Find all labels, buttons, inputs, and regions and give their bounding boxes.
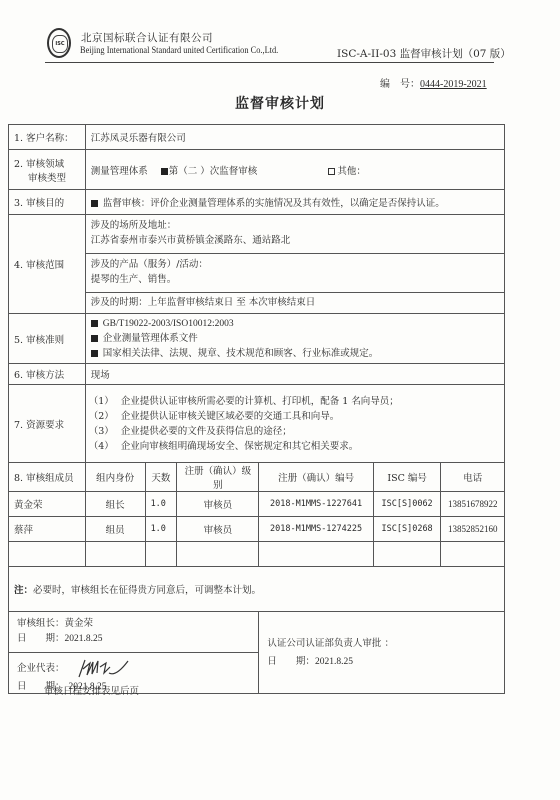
page-title: 监督审核计划 xyxy=(0,93,560,113)
document-code: ISC-A-II-03 监督审核计划（07 版） xyxy=(337,46,511,61)
member-level: 审核员 xyxy=(177,517,259,542)
company-logo: ISC xyxy=(47,28,71,58)
member-role: 组员 xyxy=(85,517,145,542)
company-name-cn: 北京国标联合认证有限公司 xyxy=(81,30,213,45)
client-value: 江苏凤灵乐器有限公司 xyxy=(85,125,504,150)
handwritten-signature-icon xyxy=(76,657,131,679)
criteria-item: 企业测量管理体系文件 xyxy=(91,331,499,346)
member-phone: 13852852160 xyxy=(441,517,505,542)
serial-label: 编 号： xyxy=(380,79,420,90)
resource-item: （3）企业提供必要的文件及获得信息的途径； xyxy=(89,424,499,439)
row-signoff: 审核组长：黄金荣 日 期：2021.8.25 企业代表： 日 期：2021.8.… xyxy=(9,612,505,694)
audit-type-checked: 第（二 ）次监督审核 xyxy=(161,166,258,177)
team-header: 组内身份 xyxy=(85,463,145,492)
team-row: 蔡萍 组员 1.0 审核员 2018-M1MMS-1274225 ISC[S]0… xyxy=(9,517,505,542)
purpose-value: 监督审核：评价企业测量管理体系的实施情况及其有效性，以确定是否保持认证。 xyxy=(85,190,504,215)
approval-date: 2021.8.25 xyxy=(315,657,353,667)
checked-box-icon xyxy=(161,168,168,175)
header-divider xyxy=(45,62,494,63)
member-name: 蔡萍 xyxy=(9,517,86,542)
resource-item: （2）企业提供认证审核关键区域必要的交通工具和向导。 xyxy=(89,409,499,424)
checked-box-icon xyxy=(91,350,98,357)
row-domain: 2. 审核领域 审核类型 测量管理体系 第（二 ）次监督审核 其他： xyxy=(9,150,505,190)
team-header: 注册（确认）级别 xyxy=(177,463,259,492)
team-row: 黄金荣 组长 1.0 审核员 2018-M1MMS-1227641 ISC[S]… xyxy=(9,492,505,517)
team-row-empty xyxy=(9,542,505,567)
method-value: 现场 xyxy=(85,364,504,385)
team-header-row: 8. 审核组成员 组内身份 天数 注册（确认）级别 注册（确认）编号 ISC 编… xyxy=(9,463,505,492)
member-role: 组长 xyxy=(85,492,145,517)
row-client: 1. 客户名称： 江苏凤灵乐器有限公司 xyxy=(9,125,505,150)
checked-box-icon xyxy=(91,335,98,342)
checked-box-icon xyxy=(91,320,98,327)
purpose-label: 3. 审核目的 xyxy=(9,190,86,215)
serial-value: 0444-2019-2021 xyxy=(420,79,487,90)
criteria-item: 国家相关法律、法规、规章、技术规范和顾客、行业标准或规定。 xyxy=(91,346,499,361)
member-days: 1.0 xyxy=(145,492,177,517)
member-days: 1.0 xyxy=(145,517,177,542)
resources-list: （1）企业提供认证审核所需必要的计算机、打印机，配备 1 名向导员； （2）企业… xyxy=(85,385,504,463)
member-level: 审核员 xyxy=(177,492,259,517)
signoff-right: 认证公司认证部负责人审批 ： 日 期：2021.8.25 xyxy=(259,612,505,694)
criteria-item: GB/T19022-2003/ISO10012:2003 xyxy=(91,316,499,331)
domain-label: 2. 审核领域 审核类型 xyxy=(9,150,86,190)
row-purpose: 3. 审核目的 监督审核：评价企业测量管理体系的实施情况及其有效性，以确定是否保… xyxy=(9,190,505,215)
team-header: ISC 编号 xyxy=(373,463,441,492)
resource-item: （1）企业提供认证审核所需必要的计算机、打印机，配备 1 名向导员； xyxy=(89,394,499,409)
criteria-label: 5. 审核准则 xyxy=(9,314,86,364)
member-name: 黄金荣 xyxy=(9,492,86,517)
serial-number: 编 号：0444-2019-2021 xyxy=(380,75,487,90)
team-header: 天数 xyxy=(145,463,177,492)
scope-site: 涉及的场所及地址： 江苏省泰州市泰兴市黄桥镇金溪路东、通站路北 xyxy=(86,215,504,253)
row-note: 注：必要时，审核组长在征得贵方同意后，可调整本计划。 xyxy=(9,567,505,612)
resource-item: （4）企业向审核组明确现场安全、保密规定和其它相关要求。 xyxy=(89,439,499,454)
row-resources: 7. 资源要求 （1）企业提供认证审核所需必要的计算机、打印机，配备 1 名向导… xyxy=(9,385,505,463)
method-label: 6. 审核方法 xyxy=(9,364,86,385)
other-option: 其他： xyxy=(328,166,366,177)
row-scope: 4. 审核范围 涉及的场所及地址： 江苏省泰州市泰兴市黄桥镇金溪路东、通站路北 … xyxy=(9,215,505,314)
audit-plan-form: 1. 客户名称： 江苏凤灵乐器有限公司 2. 审核领域 审核类型 测量管理体系 … xyxy=(8,124,505,694)
scope-label: 4. 审核范围 xyxy=(9,215,86,314)
team-header: 8. 审核组成员 xyxy=(9,463,86,492)
team-header: 电话 xyxy=(441,463,505,492)
scope-value: 涉及的场所及地址： 江苏省泰州市泰兴市黄桥镇金溪路东、通站路北 涉及的产品（服务… xyxy=(85,215,504,314)
domain-value: 测量管理体系 第（二 ）次监督审核 其他： xyxy=(85,150,504,190)
unchecked-box-icon xyxy=(328,168,335,175)
footer-note: 审核日程安排表见后页 xyxy=(44,683,139,697)
note: 注：必要时，审核组长在征得贵方同意后，可调整本计划。 xyxy=(9,567,505,612)
member-phone: 13851678922 xyxy=(441,492,505,517)
criteria-list: GB/T19022-2003/ISO10012:2003 企业测量管理体系文件 … xyxy=(85,314,504,364)
member-reg-no: 2018-M1MMS-1274225 xyxy=(259,517,373,542)
row-criteria: 5. 审核准则 GB/T19022-2003/ISO10012:2003 企业测… xyxy=(9,314,505,364)
scope-product: 涉及的产品（服务）/活动： 提琴的生产、销售。 xyxy=(86,253,504,292)
leader-signoff: 审核组长：黄金荣 日 期：2021.8.25 xyxy=(9,612,258,652)
resources-label: 7. 资源要求 xyxy=(9,385,86,463)
client-label: 1. 客户名称： xyxy=(9,125,86,150)
leader-name: 黄金荣 xyxy=(65,618,94,629)
checked-box-icon xyxy=(91,200,98,207)
member-isc-no: ISC[S]0268 xyxy=(373,517,441,542)
logo-text: ISC xyxy=(52,35,68,53)
approval-label: 认证公司认证部负责人审批 ： xyxy=(267,635,496,653)
member-reg-no: 2018-M1MMS-1227641 xyxy=(259,492,373,517)
team-header: 注册（确认）编号 xyxy=(259,463,373,492)
company-name-en: Beijing International Standard united Ce… xyxy=(80,46,278,56)
row-method: 6. 审核方法 现场 xyxy=(9,364,505,385)
system-name: 测量管理体系 xyxy=(91,166,148,177)
leader-date: 2021.8.25 xyxy=(65,634,103,644)
scope-period: 涉及的时期：上年监督审核结束日 至 本次审核结束日 xyxy=(86,292,504,313)
member-isc-no: ISC[S]0062 xyxy=(373,492,441,517)
signoff-left: 审核组长：黄金荣 日 期：2021.8.25 企业代表： 日 期：2021.8.… xyxy=(9,612,259,694)
